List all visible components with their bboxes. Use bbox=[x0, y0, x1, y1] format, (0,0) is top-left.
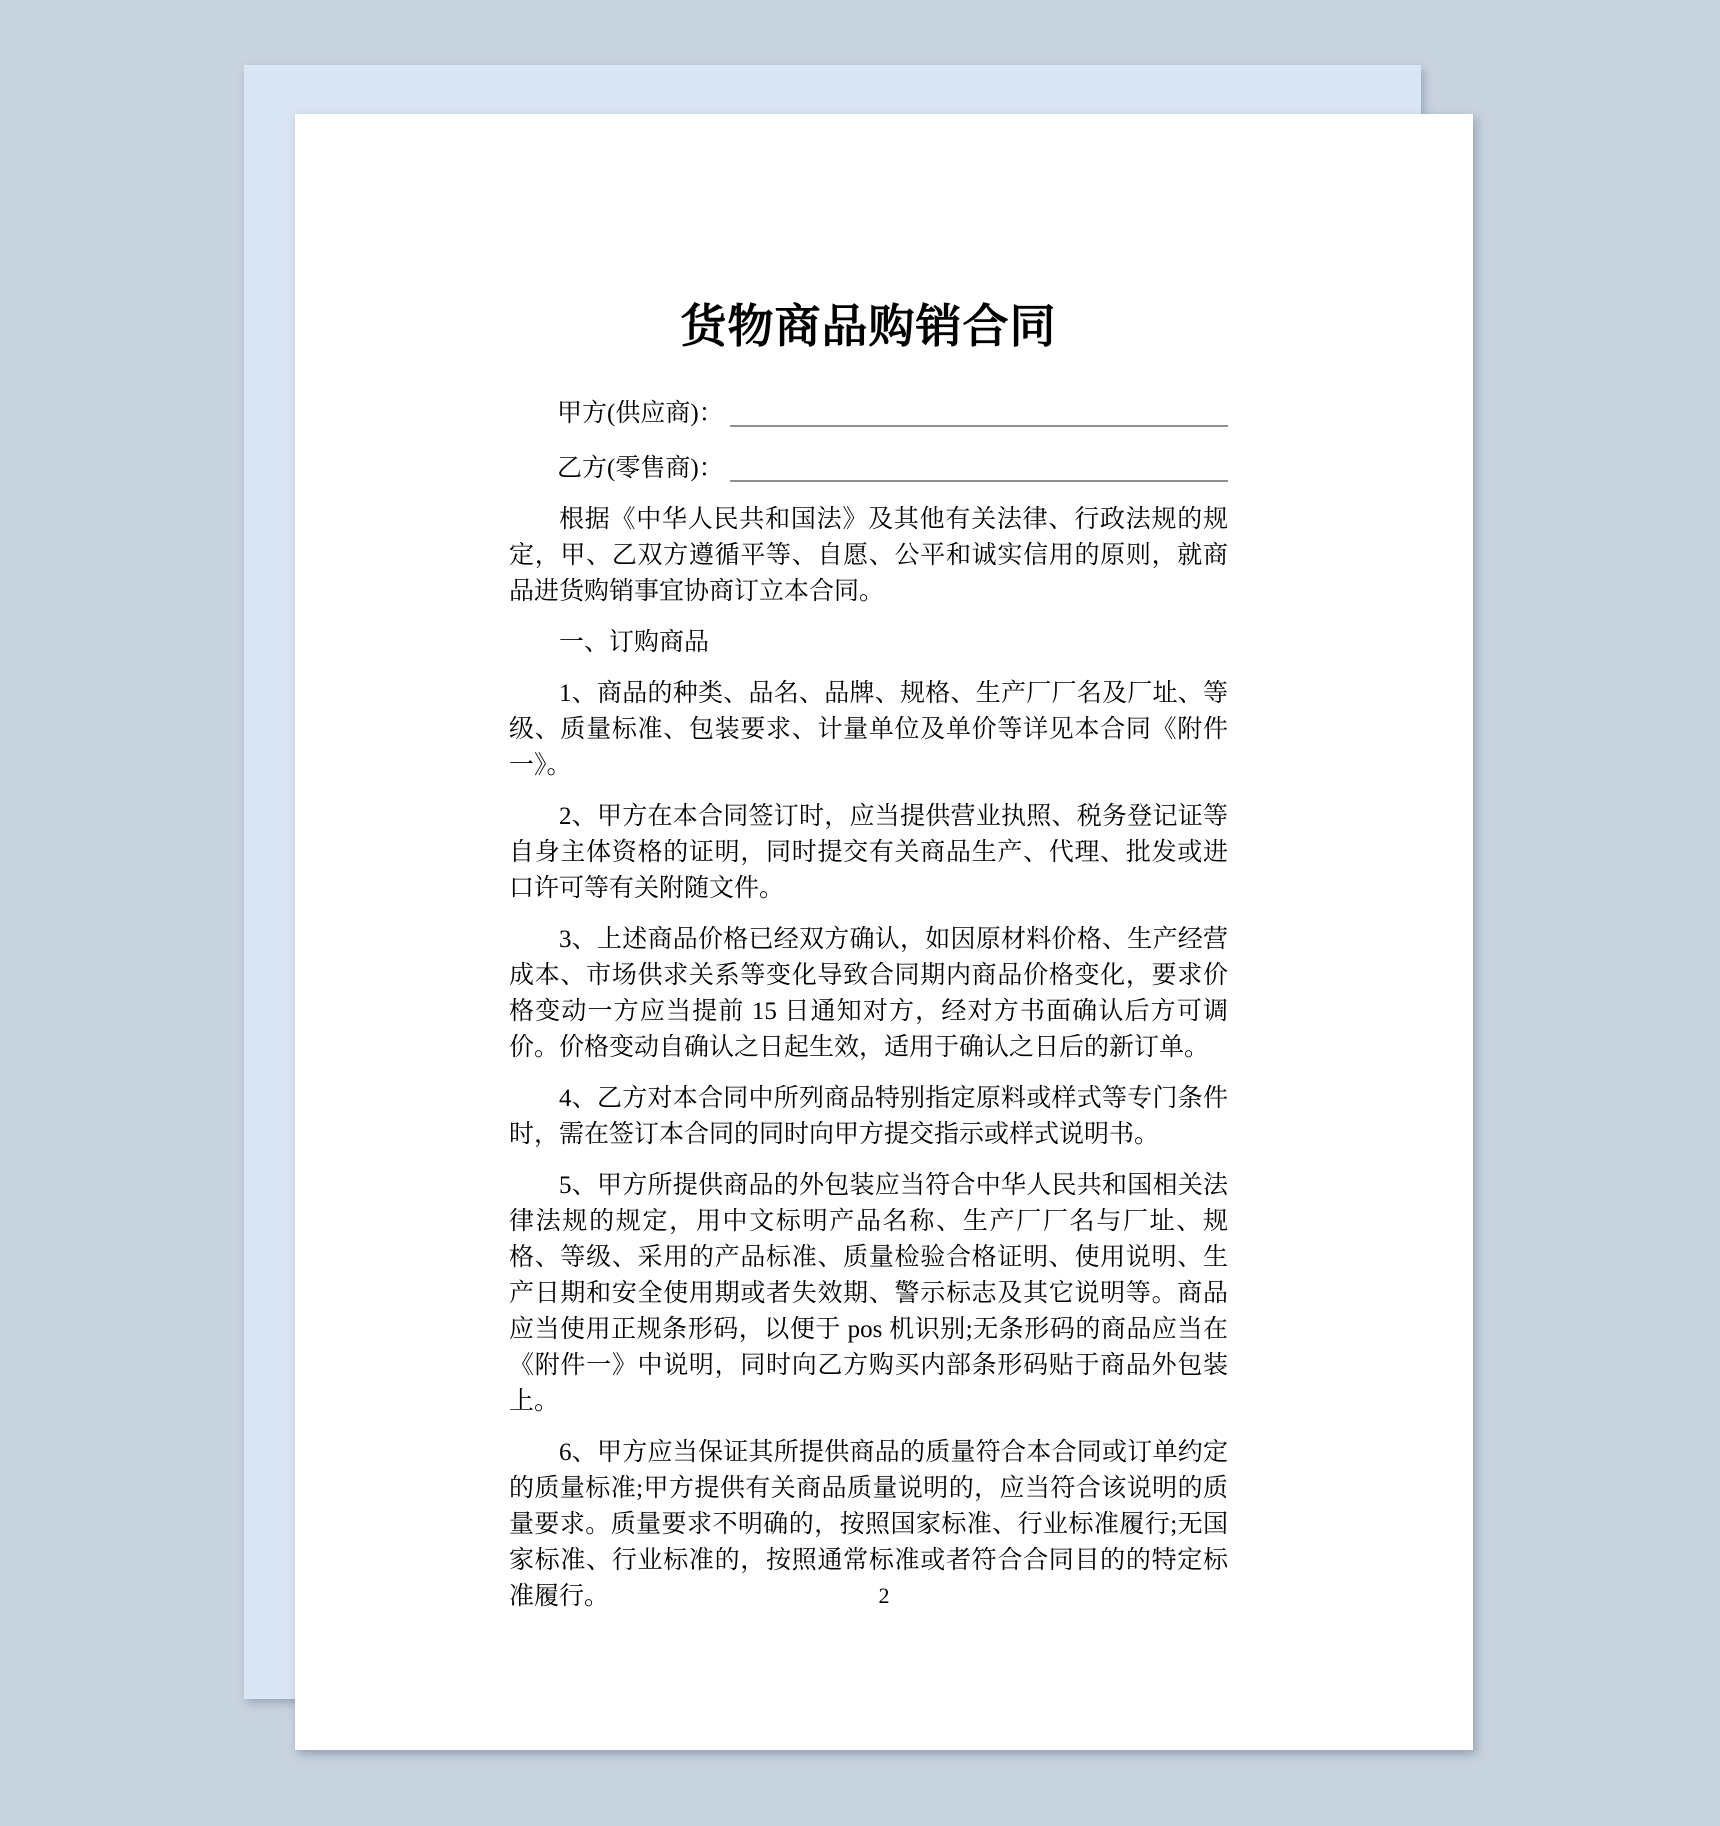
desk-background: 货物商品购销合同 甲方(供应商)： 乙方(零售商)： 根据《中华人民共和国法》及… bbox=[0, 0, 1720, 1826]
page-number: 2 bbox=[295, 1582, 1473, 1610]
party-a-blank-line bbox=[730, 396, 1228, 427]
party-b-label: 乙方(零售商)： bbox=[557, 451, 724, 487]
clause-3: 3、上述商品价格已经双方确认，如因原材料价格、生产经营成本、市场供求关系等变化导… bbox=[509, 922, 1228, 1066]
party-a-label: 甲方(供应商)： bbox=[557, 396, 724, 432]
clause-5: 5、甲方所提供商品的外包装应当符合中华人民共和国相关法律法规的规定，用中文标明产… bbox=[509, 1168, 1228, 1420]
section-heading: 一、订购商品 bbox=[509, 625, 1228, 661]
party-b-blank-line bbox=[730, 451, 1228, 482]
party-b-row: 乙方(零售商)： bbox=[509, 451, 1228, 487]
clause-4: 4、乙方对本合同中所列商品特别指定原料或样式等专门条件时，需在签订本合同的同时向… bbox=[509, 1081, 1228, 1153]
clause-2: 2、甲方在本合同签订时，应当提供营业执照、税务登记证等自身主体资格的证明，同时提… bbox=[509, 799, 1228, 907]
contract-page: 货物商品购销合同 甲方(供应商)： 乙方(零售商)： 根据《中华人民共和国法》及… bbox=[295, 114, 1473, 1750]
party-a-row: 甲方(供应商)： bbox=[509, 396, 1228, 432]
clause-1: 1、商品的种类、品名、品牌、规格、生产厂厂名及厂址、等级、质量标准、包装要求、计… bbox=[509, 676, 1228, 784]
preamble-paragraph: 根据《中华人民共和国法》及其他有关法律、行政法规的规定，甲、乙双方遵循平等、自愿… bbox=[509, 502, 1228, 610]
document-title: 货物商品购销合同 bbox=[509, 300, 1228, 352]
